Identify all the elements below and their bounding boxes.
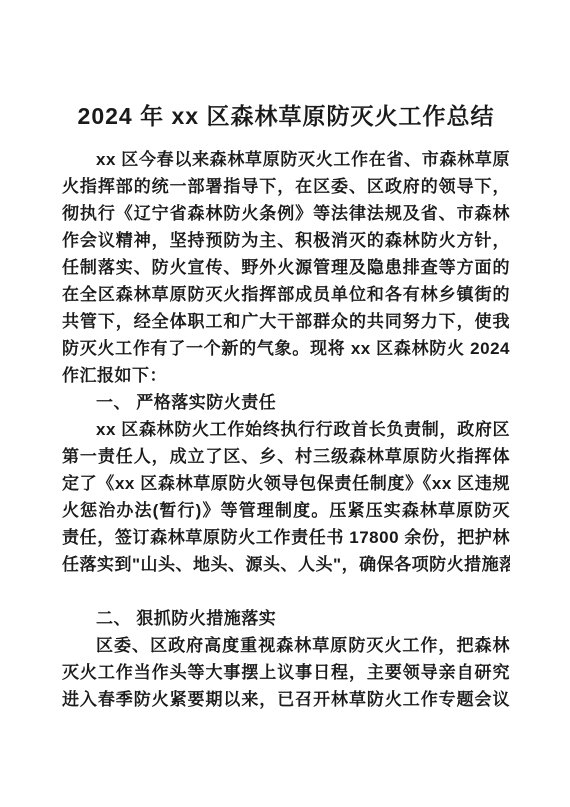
text-line: 责任，签订森林草原防火工作责任书 17800 余份，把护林防火责	[62, 524, 510, 551]
text-line: 任制落实、防火宣传、野外火源管理及隐患排查等方面的工作。	[62, 254, 510, 281]
section-heading: 一、 严格落实防火责任	[62, 389, 510, 416]
paragraph: 区委、区政府高度重视森林草原防灭火工作，把森林草原防灭火工作当作头等大事摆上议事…	[62, 632, 510, 713]
text-line: 作汇报如下：	[62, 362, 510, 389]
paragraph: xx 区森林防火工作始终执行行政首长负责制，政府区长是第一责任人，成立了区、乡、…	[62, 416, 510, 578]
text-line: 防灭火工作有了一个新的气象。现将 xx 区森林防火 2024 年工	[62, 335, 510, 362]
document-body: xx 区今春以来森林草原防灭火工作在省、市森林草原防灭火指挥部的统一部署指导下，…	[62, 146, 510, 713]
text-line: xx 区今春以来森林草原防灭火工作在省、市森林草原防灭	[62, 146, 510, 173]
text-line: 彻执行《辽宁省森林防火条例》等法律法规及省、市森林防火工	[62, 200, 510, 227]
text-line: 任落实到"山头、地头、源头、人头"，确保各项防火措施落实到位。	[62, 551, 510, 578]
blank-line	[62, 578, 510, 605]
text-line: 火惩治办法(暂行)》等管理制度。压紧压实森林草原防灭火工作	[62, 497, 510, 524]
text-line: 灭火工作当作头等大事摆上议事日程，主要领导亲自研究部署。	[62, 659, 510, 686]
document-title: 2024 年 xx 区森林草原防灭火工作总结	[62, 101, 510, 132]
text-line: 定了《xx 区森林草原防火领导包保责任制度》《xx 区违规野外用	[62, 470, 510, 497]
text-line: 第一责任人，成立了区、乡、村三级森林草原防火指挥体系。制	[62, 443, 510, 470]
text-line: 区委、区政府高度重视森林草原防灭火工作，把森林草原防	[62, 632, 510, 659]
text-line: xx 区森林防火工作始终执行行政首长负责制，政府区长是	[62, 416, 510, 443]
text-line: 进入春季防火紧要期以来，已召开林草防火工作专题会议 6 次，	[62, 686, 510, 713]
section-heading: 二、 狠抓防火措施落实	[62, 605, 510, 632]
text-line: 火指挥部的统一部署指导下，在区委、区政府的领导下，认真贯	[62, 173, 510, 200]
text-line: 在全区森林草原防灭火指挥部成员单位和各有林乡镇街的齐抓	[62, 281, 510, 308]
text-line: 作会议精神，坚持预防为主、积极消灭的森林防火方针，狠抓责	[62, 227, 510, 254]
paragraph: xx 区今春以来森林草原防灭火工作在省、市森林草原防灭火指挥部的统一部署指导下，…	[62, 146, 510, 389]
document-page: 2024 年 xx 区森林草原防灭火工作总结 xx 区今春以来森林草原防灭火工作…	[0, 0, 570, 807]
text-line: 共管下，经全体职工和广大干部群众的共同努力下，使我区森林	[62, 308, 510, 335]
